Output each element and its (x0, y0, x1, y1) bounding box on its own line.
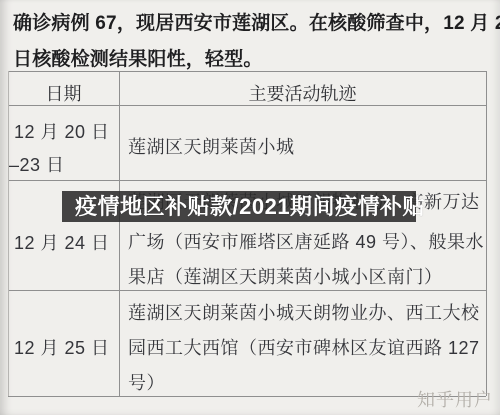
table-border-left (8, 71, 9, 396)
row1-track-line1: 莲湖区天朗莱茵小城 (128, 133, 295, 159)
row3-track-line2: 园西工大西馆（西安市碑林区友谊西路 127 (128, 334, 480, 360)
table-border-bottom (8, 396, 486, 397)
case-summary-line2: 日核酸检测结果阳性，轻型。 (13, 44, 263, 71)
overlay-banner-text: 疫情地区补贴款/2021期间疫情补贴 (75, 191, 425, 222)
table-border-column-divider (119, 71, 120, 396)
row2-track-line2: 广场（西安市雁塔区唐延路 49 号）、般果水 (128, 228, 484, 254)
row3-track-line1: 莲湖区天朗莱茵小城天朗物业办、西工大校 (128, 299, 480, 325)
table-border-top (8, 71, 486, 72)
row2-track-line3: 果店（莲湖区天朗莱茵小城小区南门） (128, 263, 443, 289)
header-track: 主要活动轨迹 (119, 80, 486, 106)
row3-track-line3: 号） (128, 369, 165, 395)
table-border-row1-bottom (8, 180, 486, 181)
header-date: 日期 (8, 80, 119, 106)
watermark-zhihu-user: 知乎用户 (417, 386, 493, 412)
overlay-banner: 疫情地区补贴款/2021期间疫情补贴 (62, 191, 416, 222)
case-summary-line1: 确诊病例 67，现居西安市莲湖区。在核酸筛查中，12 月 27 (13, 8, 500, 35)
row3-date-line1: 12 月 25 日 (14, 334, 110, 360)
table-border-row2-bottom (8, 290, 486, 291)
row1-date-line2: –23 日 (9, 151, 65, 177)
table-border-right (486, 71, 487, 396)
row1-date-line1: 12 月 20 日 (14, 118, 110, 144)
row2-date-line1: 12 月 24 日 (14, 229, 110, 255)
screenshot-root: 确诊病例 67，现居西安市莲湖区。在核酸筛查中，12 月 27 日核酸检测结果阳… (0, 0, 500, 415)
